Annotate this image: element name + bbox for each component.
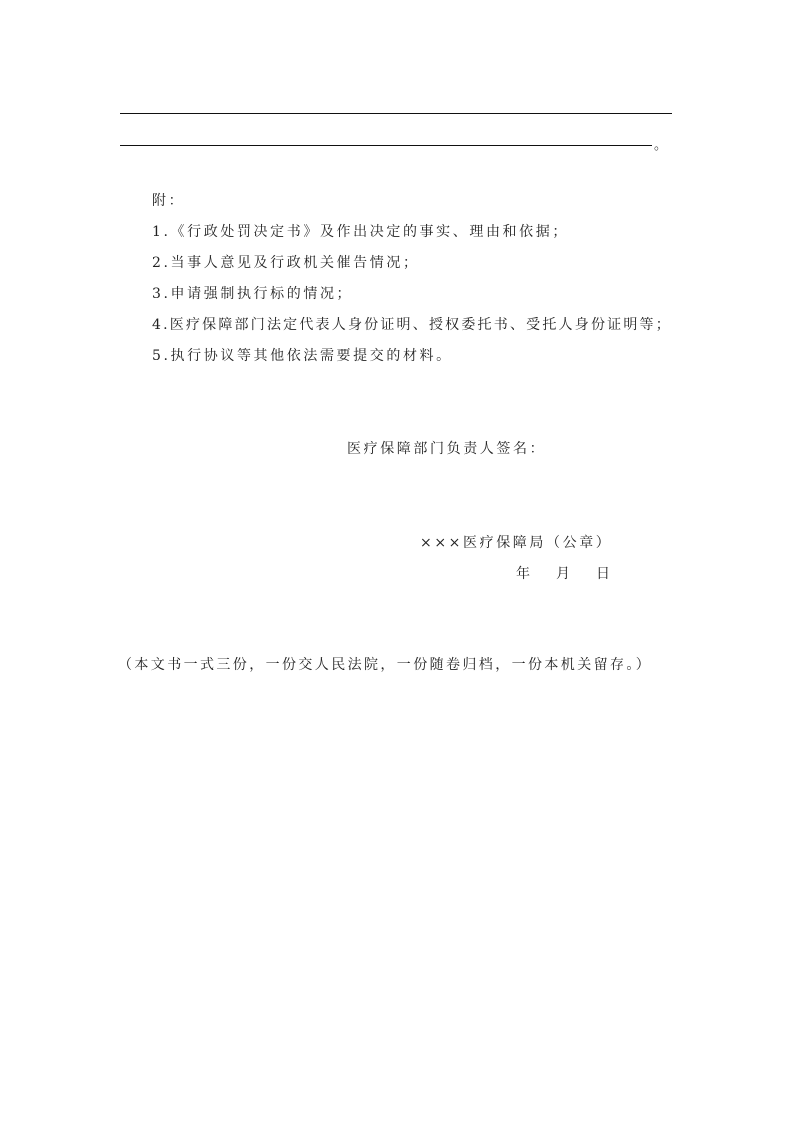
blank-line-2 [120, 145, 652, 146]
attachment-item: 4.医疗保障部门法定代表人身份证明、授权委托书、受托人身份证明等； [152, 317, 672, 333]
attachment-item: 2.当事人意见及行政机关催告情况； [152, 255, 420, 271]
attachment-item: 5.执行协议等其他依法需要提交的材料。 [152, 348, 453, 364]
attachments-heading: 附： [152, 193, 185, 209]
attachment-item: 1.《行政处罚决定书》及作出决定的事实、理由和依据； [152, 224, 569, 240]
blank-line-period: 。 [654, 134, 667, 153]
attachment-item: 3.申请强制执行标的情况； [152, 286, 353, 302]
date-month: 月 [556, 566, 573, 582]
official-seal: ×××医疗保障局（公章） [420, 535, 612, 551]
copies-footnote: （本文书一式三份，一份交人民法院，一份随卷归档，一份本机关留存。） [118, 657, 652, 673]
date-day: 日 [596, 566, 613, 582]
leader-signature-label: 医疗保障部门负责人签名： [347, 441, 546, 457]
blank-line-1 [120, 113, 672, 114]
date-year: 年 [516, 566, 533, 582]
